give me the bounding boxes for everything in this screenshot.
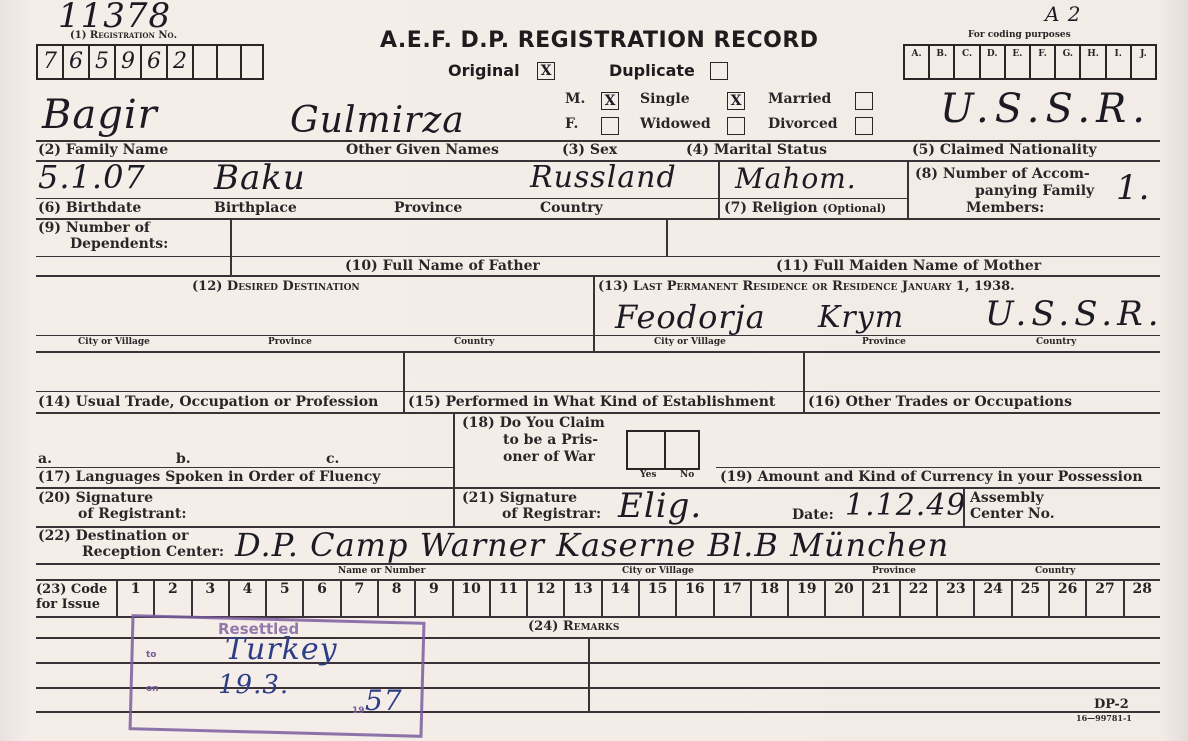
marital-divorced-label: Divorced <box>768 116 838 132</box>
code-label-1: (23) Code <box>36 582 107 597</box>
divider <box>36 467 454 468</box>
res-city-label: City or Village <box>654 337 726 347</box>
divider <box>453 413 455 527</box>
reg-digit <box>242 46 264 78</box>
code-cell[interactable]: 15 <box>638 580 675 616</box>
divider <box>36 487 1160 489</box>
sex-label: (3) Sex <box>562 142 617 158</box>
date-label: Date: <box>792 507 834 523</box>
divider <box>36 256 1160 257</box>
stamp-date: 19.3. <box>218 670 289 700</box>
usual-trade-label: (14) Usual Trade, Occupation or Professi… <box>38 394 378 410</box>
nationality-value: U.S.S.R. <box>940 86 1151 132</box>
divider <box>36 563 1160 565</box>
accompanying-value: 1. <box>1116 168 1150 208</box>
code-cell[interactable]: 21 <box>862 580 899 616</box>
sex-m-checkbox[interactable]: X <box>601 92 619 110</box>
religion-label-text: (7) Religion <box>724 200 818 216</box>
code-cell[interactable]: 17 <box>713 580 750 616</box>
accompanying-label-1: (8) Number of Accom- <box>915 166 1090 182</box>
religion-label: (7) Religion (Optional) <box>724 200 886 216</box>
birthdate-label: (6) Birthdate <box>38 200 141 216</box>
divider <box>36 412 1160 414</box>
divider <box>666 219 668 257</box>
code-cell[interactable]: 1 <box>116 580 153 616</box>
code-cell[interactable]: 24 <box>973 580 1010 616</box>
date-value: 1.12.49 <box>845 488 967 523</box>
divider <box>803 352 805 412</box>
destination-center-label-1: (22) Destination or <box>38 528 188 544</box>
duplicate-checkbox[interactable] <box>710 62 728 80</box>
language-slot-b: b. <box>176 451 191 467</box>
divider <box>36 275 1160 277</box>
original-checkbox[interactable]: X <box>537 62 555 80</box>
pow-yes-label: Yes <box>640 470 656 480</box>
pow-label-3: oner of War <box>503 449 595 465</box>
code-label-2: for Issue <box>36 597 100 612</box>
code-cell[interactable]: 8 <box>377 580 414 616</box>
coding-cell[interactable]: F. <box>1031 46 1056 78</box>
dest-province-label: Province <box>268 337 312 347</box>
coding-cell[interactable]: D. <box>981 46 1006 78</box>
mother-name-label: (11) Full Maiden Name of Mother <box>776 258 1041 274</box>
code-cell[interactable]: 6 <box>302 580 339 616</box>
languages-label: (17) Languages Spoken in Order of Fluenc… <box>38 469 380 485</box>
code-cell[interactable]: 18 <box>750 580 787 616</box>
dependents-label-1: (9) Number of <box>38 220 150 236</box>
code-cell[interactable]: 12 <box>526 580 563 616</box>
code-cell[interactable]: 14 <box>601 580 638 616</box>
code-cell[interactable]: 3 <box>191 580 228 616</box>
print-code: 16—99781-1 <box>1076 713 1132 723</box>
code-cell[interactable]: 26 <box>1048 580 1085 616</box>
dest-country-sublabel: Country <box>1035 566 1075 576</box>
registration-card: 11378 (1) Registration No. 7 6 5 9 6 2 A… <box>0 0 1188 741</box>
last-residence-province: Krym <box>818 300 904 335</box>
pow-no-label: No <box>680 470 694 480</box>
dest-city-sublabel: City or Village <box>622 566 694 576</box>
establishment-label: (15) Performed in What Kind of Establish… <box>408 394 775 410</box>
res-country-label: Country <box>1036 337 1076 347</box>
sex-f-label: F. <box>565 116 578 132</box>
pow-yes-box[interactable] <box>626 430 666 470</box>
language-slot-a: a. <box>38 451 52 467</box>
marital-status-label: (4) Marital Status <box>686 142 827 158</box>
registration-no-label: (1) Registration No. <box>70 30 177 41</box>
remarks-label: (24) Remarks <box>528 619 619 634</box>
dest-city-label: City or Village <box>78 337 150 347</box>
code-cell[interactable]: 13 <box>563 580 600 616</box>
coding-cell[interactable]: I. <box>1107 46 1132 78</box>
birthdate-value: 5.1.07 <box>38 158 146 196</box>
registrar-signature-value: Elig. <box>618 486 702 526</box>
form-number: DP-2 <box>1094 697 1129 712</box>
language-slot-c: c. <box>326 451 339 467</box>
marital-divorced-checkbox[interactable] <box>855 117 873 135</box>
accompanying-label-2: panying Family <box>975 183 1094 199</box>
sex-m-label: M. <box>565 91 585 107</box>
code-cell[interactable]: 4 <box>228 580 265 616</box>
birth-country-value: Russland <box>530 160 677 195</box>
assembly-label-2: Center No. <box>970 506 1055 522</box>
duplicate-label: Duplicate <box>609 61 695 80</box>
pow-no-box[interactable] <box>662 430 700 470</box>
divider <box>907 161 909 219</box>
original-label: Original <box>448 61 520 80</box>
divider <box>36 351 1160 353</box>
res-province-label: Province <box>862 337 906 347</box>
code-cell[interactable]: 27 <box>1085 580 1122 616</box>
birthplace-value: Baku <box>214 158 306 198</box>
code-cell[interactable]: 25 <box>1011 580 1048 616</box>
assembly-label-1: Assembly <box>970 490 1044 506</box>
code-cell[interactable]: 16 <box>675 580 712 616</box>
code-for-issue-row: (23) Codefor Issue 1 2 3 4 5 6 7 8 9 10 … <box>36 580 1160 616</box>
dependents-label-2: Dependents: <box>70 236 168 252</box>
coding-cell[interactable]: E. <box>1006 46 1031 78</box>
code-cell[interactable]: 20 <box>824 580 861 616</box>
registrar-signature-label-2: of Registrar: <box>502 506 601 522</box>
code-cell[interactable]: 19 <box>787 580 824 616</box>
accompanying-label-3: Members: <box>966 200 1044 216</box>
coding-annotation: A 2 <box>1045 2 1082 26</box>
birth-country-label: Country <box>540 200 603 216</box>
coding-cell[interactable]: H. <box>1081 46 1106 78</box>
stamp-year-prefix: 19 <box>352 706 365 716</box>
reg-digit <box>218 46 242 78</box>
religion-optional-note: (Optional) <box>823 202 887 215</box>
code-cell[interactable]: 23 <box>936 580 973 616</box>
coding-cell[interactable]: C. <box>955 46 980 78</box>
marital-married-checkbox[interactable] <box>855 92 873 110</box>
family-name-value: Bagir <box>42 92 158 138</box>
marital-single-label: Single <box>640 91 690 107</box>
code-cell[interactable]: 22 <box>899 580 936 616</box>
stamp-destination: Turkey <box>225 632 338 667</box>
reg-digit: 2 <box>168 46 194 78</box>
divider <box>718 161 720 219</box>
registrant-signature-label-1: (20) Signature <box>38 490 153 506</box>
destination-center-label-2: Reception Center: <box>82 544 224 560</box>
reg-digit: 6 <box>64 46 90 78</box>
given-names-value: Gulmirza <box>290 100 465 141</box>
divider <box>716 467 1160 468</box>
registrar-signature-label-1: (21) Signature <box>462 490 577 506</box>
birthplace-label: Birthplace <box>214 200 297 216</box>
marital-single-checkbox[interactable]: X <box>727 92 745 110</box>
last-residence-label: (13) Last Permanent Residence or Residen… <box>598 279 1015 294</box>
code-cell[interactable]: 7 <box>340 580 377 616</box>
coding-purposes-label: For coding purposes <box>968 30 1071 40</box>
form-title: A.E.F. D.P. REGISTRATION RECORD <box>380 28 819 53</box>
birth-province-label: Province <box>394 200 462 216</box>
stamp-to-label: to <box>146 650 157 660</box>
marital-married-label: Married <box>768 91 831 107</box>
given-names-label: Other Given Names <box>346 142 499 158</box>
dest-country-label: Country <box>454 337 494 347</box>
reg-digit: 5 <box>90 46 116 78</box>
divider <box>36 335 1160 336</box>
nationality-label: (5) Claimed Nationality <box>912 142 1097 158</box>
code-cell[interactable]: 11 <box>489 580 526 616</box>
divider <box>593 276 595 352</box>
family-name-label: (2) Family Name <box>38 142 168 158</box>
desired-destination-label: (12) Desired Destination <box>192 279 360 294</box>
registrant-signature-label-2: of Registrant: <box>78 506 187 522</box>
destination-center-value: D.P. Camp Warner Kaserne Bl.B München <box>235 526 949 564</box>
divider <box>230 219 232 275</box>
code-cell[interactable]: 2 <box>153 580 190 616</box>
religion-value: Mahom. <box>735 162 857 195</box>
reg-digit: 7 <box>38 46 64 78</box>
coding-cell[interactable]: J. <box>1132 46 1155 78</box>
divider <box>36 391 1160 392</box>
reg-digit: 9 <box>116 46 142 78</box>
code-cell[interactable]: 9 <box>414 580 451 616</box>
pow-label-2: to be a Pris- <box>503 432 598 448</box>
father-name-label: (10) Full Name of Father <box>345 258 540 274</box>
divider <box>588 638 590 711</box>
last-residence-country: U.S.S.R. <box>985 294 1164 334</box>
stamp-on-label: on <box>146 684 159 694</box>
code-for-issue-label: (23) Codefor Issue <box>36 580 116 616</box>
dest-name-sublabel: Name or Number <box>338 566 425 576</box>
divider <box>36 218 1160 220</box>
other-trades-label: (16) Other Trades or Occupations <box>808 394 1072 410</box>
marital-widowed-checkbox[interactable] <box>727 117 745 135</box>
pow-label-1: (18) Do You Claim <box>462 415 605 431</box>
registration-no-boxes: 7 6 5 9 6 2 <box>36 44 264 80</box>
coding-cell[interactable]: G. <box>1056 46 1081 78</box>
marital-widowed-label: Widowed <box>640 116 711 132</box>
reg-digit <box>194 46 218 78</box>
divider <box>403 352 405 412</box>
divider <box>36 198 908 199</box>
last-residence-city: Feodorja <box>615 298 766 336</box>
coding-cell[interactable]: A. <box>905 46 930 78</box>
divider <box>963 488 965 526</box>
coding-grid: A. B. C. D. E. F. G. H. I. J. <box>903 44 1157 80</box>
coding-cell[interactable]: B. <box>930 46 955 78</box>
code-cell[interactable]: 28 <box>1123 580 1160 616</box>
sex-f-checkbox[interactable] <box>601 117 619 135</box>
dest-province-sublabel: Province <box>872 566 916 576</box>
code-cell[interactable]: 10 <box>452 580 489 616</box>
reg-digit: 6 <box>142 46 168 78</box>
stamp-year: 57 <box>365 684 403 717</box>
code-cell[interactable]: 5 <box>265 580 302 616</box>
currency-label: (19) Amount and Kind of Currency in your… <box>720 469 1143 485</box>
